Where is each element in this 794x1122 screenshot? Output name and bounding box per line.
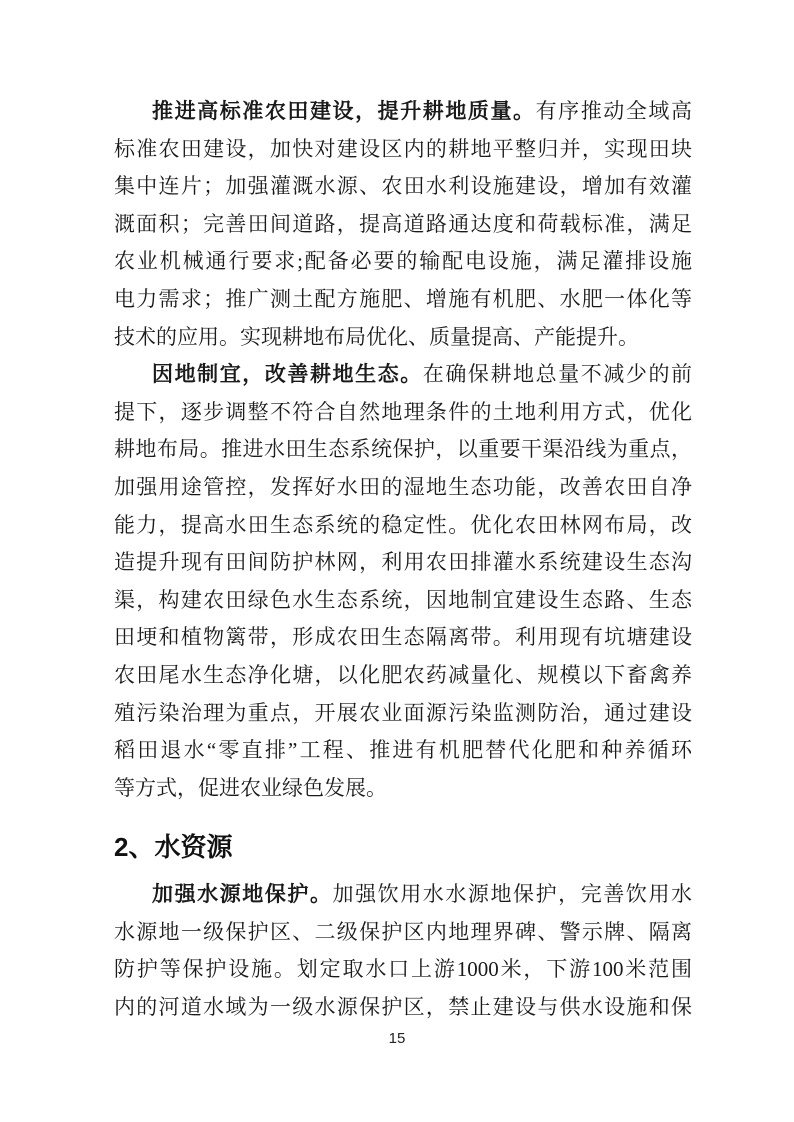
text-line: 造提升现有田间防护林网，利用农田排灌水系统建设生态沟	[114, 544, 692, 582]
body-text: 等方式，促进农业绿色发展。	[114, 776, 387, 800]
paragraph-farmland-ecology: 因地制宜，改善耕地生态。在确保耕地总量不减少的前提下，逐步调整不符合自然地理条件…	[114, 356, 692, 807]
text-line: 内的河道水域为一级水源保护区，禁止建设与供水设施和保	[114, 989, 692, 1027]
body-text: 在确保耕地总量不减少的前	[423, 362, 692, 386]
body-text: 集中连片；加强灌溉水源、农田水利设施建设，增加有效灌	[114, 174, 692, 198]
text-line: 标准农田建设，加快对建设区内的耕地平整归并，实现田块	[114, 131, 692, 169]
text-line: 水源地一级保护区、二级保护区内地理界碑、警示牌、隔离	[114, 914, 692, 952]
text-line: 加强水源地保护。加强饮用水水源地保护，完善饮用水	[114, 876, 692, 914]
lead-in-bold-text: 因地制宜，改善耕地生态。	[152, 362, 423, 386]
text-line: 渠，构建农田绿色水生态系统，因地制宜建设生态路、生态	[114, 582, 692, 620]
body-text: 稻田退水“零直排”工程、推进有机肥替代化肥和种养循环	[114, 738, 692, 762]
body-text: 溉面积；完善田间道路，提高道路通达度和荷载标准，满足	[114, 212, 692, 236]
body-text: 水源地一级保护区、二级保护区内地理界碑、警示牌、隔离	[114, 920, 692, 944]
text-line: 推进高标准农田建设，提升耕地质量。有序推动全域高	[114, 93, 692, 131]
text-line: 耕地布局。推进水田生态系统保护，以重要干渠沿线为重点，	[114, 431, 692, 469]
text-line: 田埂和植物篱带，形成农田生态隔离带。利用现有坑塘建设	[114, 619, 692, 657]
text-line: 农田尾水生态净化塘，以化肥农药减量化、规模以下畜禽养	[114, 657, 692, 695]
body-text: 加强饮用水水源地保护，完善饮用水	[333, 882, 692, 906]
body-text: 殖污染治理为重点，开展农业面源污染监测防治，通过建设	[114, 701, 692, 725]
body-text: 渠，构建农田绿色水生态系统，因地制宜建设生态路、生态	[114, 588, 692, 612]
body-text: 技术的应用。实现耕地布局优化、质量提高、产能提升。	[114, 325, 639, 349]
body-text: 田埂和植物篱带，形成农田生态隔离带。利用现有坑塘建设	[114, 625, 692, 649]
body-text: 农业机械通行要求;配备必要的输配电设施，满足灌排设施	[114, 249, 692, 273]
body-text: 能力，提高水田生态系统的稳定性。优化农田林网布局，改	[114, 513, 692, 537]
body-text: 电力需求；推广测土配方施肥、增施有机肥、水肥一体化等	[114, 287, 692, 311]
text-line: 防护等保护设施。划定取水口上游1000米，下游100米范围	[114, 951, 692, 989]
page-number: 15	[0, 1030, 794, 1047]
body-text: 造提升现有田间防护林网，利用农田排灌水系统建设生态沟	[114, 550, 692, 574]
body-text: 标准农田建设，加快对建设区内的耕地平整归并，实现田块	[114, 137, 692, 161]
text-line: 殖污染治理为重点，开展农业面源污染监测防治，通过建设	[114, 695, 692, 733]
text-line: 等方式，促进农业绿色发展。	[114, 770, 692, 808]
body-text: 有序推动全域高	[536, 99, 692, 123]
text-line: 农业机械通行要求;配备必要的输配电设施，满足灌排设施	[114, 243, 692, 281]
document-page-body: 推进高标准农田建设，提升耕地质量。有序推动全域高标准农田建设，加快对建设区内的耕…	[114, 93, 692, 1027]
text-line: 稻田退水“零直排”工程、推进有机肥替代化肥和种养循环	[114, 732, 692, 770]
body-text: 提下，逐步调整不符合自然地理条件的土地利用方式，优化	[114, 400, 692, 424]
lead-in-bold-text: 推进高标准农田建设，提升耕地质量。	[152, 99, 536, 123]
body-text: 农田尾水生态净化塘，以化肥农药减量化、规模以下畜禽养	[114, 663, 692, 687]
text-line: 溉面积；完善田间道路，提高道路通达度和荷载标准，满足	[114, 206, 692, 244]
lead-in-bold-text: 加强水源地保护。	[152, 882, 333, 906]
section-heading-water-resources: 2、水资源	[114, 827, 692, 867]
body-text: 内的河道水域为一级水源保护区，禁止建设与供水设施和保	[114, 995, 692, 1019]
text-line: 电力需求；推广测土配方施肥、增施有机肥、水肥一体化等	[114, 281, 692, 319]
body-text: 加强用途管控，发挥好水田的湿地生态功能，改善农田自净	[114, 475, 692, 499]
text-line: 能力，提高水田生态系统的稳定性。优化农田林网布局，改	[114, 507, 692, 545]
text-line: 技术的应用。实现耕地布局优化、质量提高、产能提升。	[114, 319, 692, 357]
body-text: 耕地布局。推进水田生态系统保护，以重要干渠沿线为重点，	[114, 437, 692, 461]
paragraph-water-source-protection: 加强水源地保护。加强饮用水水源地保护，完善饮用水水源地一级保护区、二级保护区内地…	[114, 876, 692, 1026]
text-line: 集中连片；加强灌溉水源、农田水利设施建设，增加有效灌	[114, 168, 692, 206]
text-line: 提下，逐步调整不符合自然地理条件的土地利用方式，优化	[114, 394, 692, 432]
paragraph-high-standard-farmland: 推进高标准农田建设，提升耕地质量。有序推动全域高标准农田建设，加快对建设区内的耕…	[114, 93, 692, 356]
text-line: 加强用途管控，发挥好水田的湿地生态功能，改善农田自净	[114, 469, 692, 507]
text-line: 因地制宜，改善耕地生态。在确保耕地总量不减少的前	[114, 356, 692, 394]
body-text: 防护等保护设施。划定取水口上游1000米，下游100米范围	[114, 957, 692, 981]
